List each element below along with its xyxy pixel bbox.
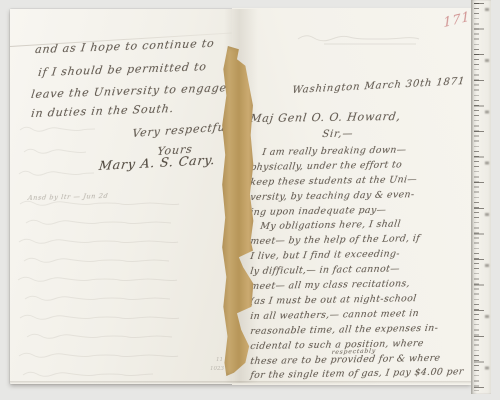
catalog-mark: 11: [216, 357, 223, 363]
letter-scan: and as I hope to continue to if I should…: [0, 0, 500, 400]
catalog-mark: 1023: [210, 366, 224, 372]
recipient-line: Maj Genl O. O. Howard,: [249, 110, 401, 125]
ruler-major-ticks: [474, 3, 484, 391]
salutation: Sir,—: [322, 129, 354, 140]
bleedthrough-writing: [16, 122, 101, 188]
ruler: [471, 0, 491, 394]
bleedthrough-writing: [14, 196, 219, 386]
ruler-number-marks: [485, 8, 489, 388]
bleedthrough-heading: [292, 30, 442, 48]
